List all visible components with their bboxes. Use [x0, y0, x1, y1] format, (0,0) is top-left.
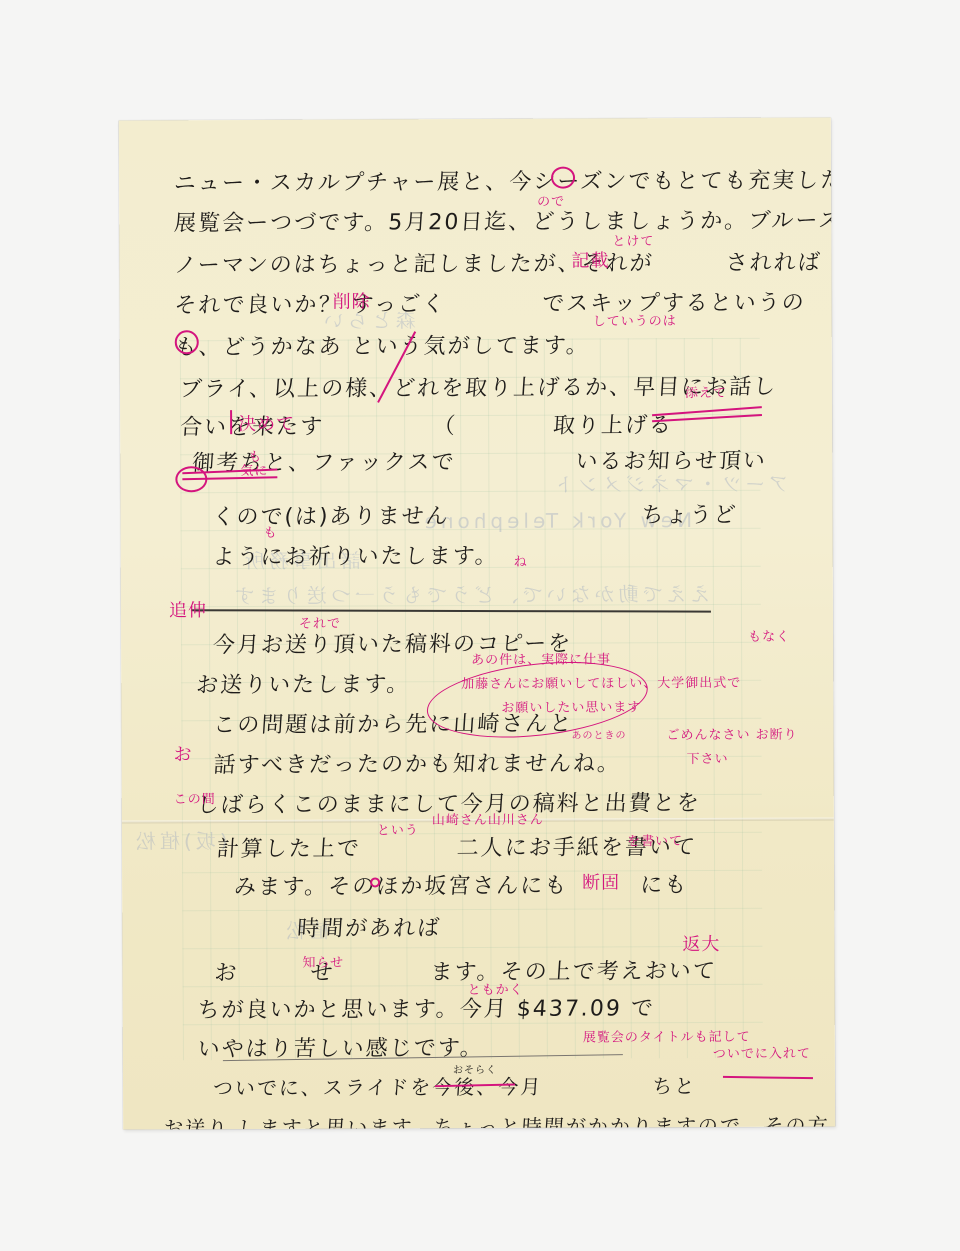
letter-line: 展覧会ーつづです。5月20日迄、どうしましょうか。ブルース・	[173, 203, 835, 237]
bleed-text: ええで動かないで、どうでもう一つ送ります	[231, 578, 711, 609]
letter-paper: 森とらい アーツ・マネジメント New York Telephone 諸出事務所…	[119, 117, 835, 1129]
annotation-note: 削除	[333, 287, 371, 313]
letter-line: お せ ます。その上で考えおいて	[214, 954, 718, 987]
annotation-note: ともかく	[468, 979, 524, 998]
annotation-note: 気に	[240, 460, 268, 479]
letter-line: 話すべきだったのかも知れませんね。	[213, 746, 623, 779]
letter-line: 計算した上で 二人にお手紙を書いて	[216, 830, 698, 863]
letter-line: ノーマンのはちょっと記しましたが、それが されれば	[173, 245, 822, 279]
annotation-note: していうのは	[593, 310, 677, 329]
annotation-note: 記載	[571, 246, 609, 272]
annotation-mark	[230, 410, 232, 434]
annotation-note: 返大	[682, 930, 720, 956]
margin-note: 下さい	[687, 748, 729, 767]
annotation-circle	[175, 330, 199, 354]
letter-line: も、どうかなあ という気がしてます。	[174, 328, 591, 361]
annotation-circle	[551, 167, 575, 189]
annotation-dot	[370, 877, 380, 887]
annotation-note: それで	[299, 613, 341, 632]
annotation-note: 知らせ	[302, 952, 344, 971]
annotation-note: 断固	[582, 868, 620, 894]
annotation-note: を書いて	[627, 830, 683, 849]
annotation-note: ので	[537, 191, 565, 210]
annotation-note: おそらく	[453, 1061, 497, 1076]
letter-line: お送り しますと思います。ちょっと時間がかかりますので、その方	[162, 1109, 830, 1129]
letter-line: それで良いか？ すっごく でスキップするというの	[174, 286, 807, 320]
tsuishin-label: 追伸	[169, 596, 207, 622]
annotation-note: 添えて	[685, 382, 727, 401]
annotation-note: ね	[514, 551, 528, 570]
annotation-note: も	[264, 522, 278, 541]
letter-line: ようにお祈りいたします。	[212, 539, 500, 571]
annotation-note: もなく	[748, 626, 790, 645]
letter-line: お送りいたします。	[195, 667, 411, 699]
annotation-note: お	[174, 740, 193, 766]
letter-line: みます。そのほか坂宮さんにも にも	[233, 868, 689, 901]
letter-line: くので(は)ありません ちょうど	[212, 498, 739, 531]
annotation-note: 山崎さん山川さん	[432, 809, 544, 828]
annotation-note: この間	[174, 788, 216, 807]
margin-note: ごめんなさい お断り	[666, 724, 797, 744]
bleed-text: (坂)植松	[132, 825, 228, 854]
annotation-note: という	[377, 819, 419, 838]
annotation-note: ついでに入れて	[713, 1043, 811, 1062]
annotation-note: とけて	[612, 230, 654, 249]
letter-line: ちが良いかと思います。今月 $437.09 で	[197, 991, 656, 1024]
annotation-note: 決めて	[238, 410, 295, 436]
letter-line: ニュー・スカルプチャー展と、今シーズンでもとても充実した	[173, 163, 835, 197]
annotation-strike	[723, 1076, 813, 1079]
letter-line: 御考ちと、ファックスで いるお知らせ頂い	[191, 444, 768, 478]
letter-line: 時間があれば	[296, 911, 442, 943]
